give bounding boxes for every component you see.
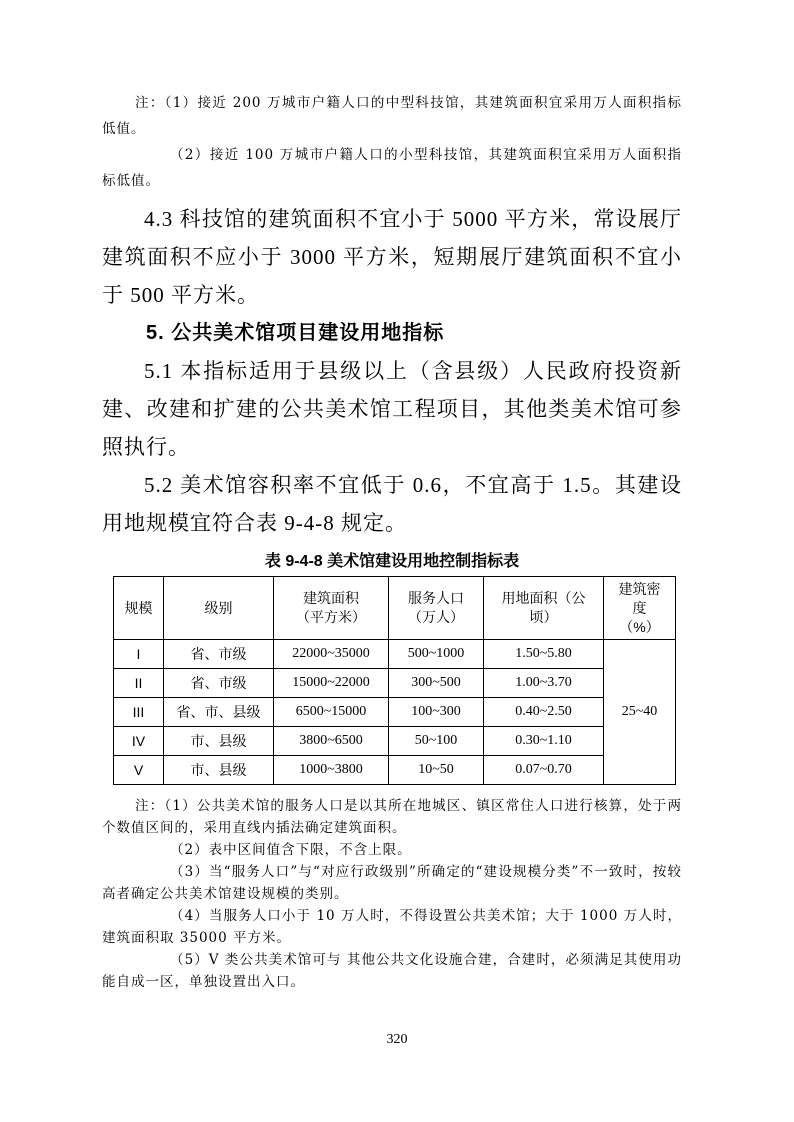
- top-note-1: 注：（1）接近 200 万城市户籍人口的中型科技馆，其建筑面积宜采用万人面积指标…: [102, 90, 682, 142]
- table-note-1: 注：（1）公共美术馆的服务人口是以其所在地城区、镇区常住人口进行核算，处于两个数…: [102, 795, 682, 839]
- table-header-row: 规模 级别 建筑面积 （平方米） 服务人口 （万人） 用地面积（公 顷） 建筑密…: [114, 577, 676, 640]
- cell-population: 500~1000: [389, 640, 484, 669]
- top-note-2: （2）接近 100 万城市户籍人口的小型科技馆，其建筑面积宜采用万人面积指标低值…: [102, 142, 682, 194]
- cell-level: 省、市、县级: [164, 698, 274, 727]
- table-title: 表 9-4-8 美术馆建设用地控制指标表: [102, 550, 682, 574]
- cell-building-area: 15000~22000: [274, 669, 389, 698]
- table-row: I 省、市级 22000~35000 500~1000 1.50~5.80 25…: [114, 640, 676, 669]
- header-cell-population: 服务人口 （万人）: [389, 577, 484, 640]
- page-number: 320: [0, 1032, 794, 1048]
- cell-scale: II: [114, 669, 164, 698]
- table-note-3: （3）当“服务人口”与“对应行政级别”所确定的“建设规模分类”不一致时，按较高者…: [102, 861, 682, 905]
- cell-population: 100~300: [389, 698, 484, 727]
- cell-population: 300~500: [389, 669, 484, 698]
- cell-level: 省、市级: [164, 669, 274, 698]
- paragraph-4-3: 4.3 科技馆的建筑面积不宜小于 5000 平方米，常设展厅建筑面积不应小于 3…: [102, 200, 682, 314]
- top-notes-block: 注：（1）接近 200 万城市户籍人口的中型科技馆，其建筑面积宜采用万人面积指标…: [102, 90, 682, 194]
- cell-population: 10~50: [389, 756, 484, 785]
- paragraph-5-2: 5.2 美术馆容积率不宜低于 0.6，不宜高于 1.5。其建设用地规模宜符合表 …: [102, 466, 682, 542]
- table-note-4: （4）当服务人口小于 10 万人时，不得设置公共美术馆；大于 1000 万人时，…: [102, 905, 682, 949]
- cell-level: 省、市级: [164, 640, 274, 669]
- cell-scale: III: [114, 698, 164, 727]
- header-cell-level: 级别: [164, 577, 274, 640]
- cell-land-area: 1.00~3.70: [484, 669, 604, 698]
- table-row: III 省、市、县级 6500~15000 100~300 0.40~2.50: [114, 698, 676, 727]
- cell-scale: V: [114, 756, 164, 785]
- table-note-5: （5）V 类公共美术馆可与 其他公共文化设施合建，合建时，必须满足其使用功能自成…: [102, 949, 682, 993]
- cell-density-merged: 25~40: [604, 640, 676, 785]
- cell-land-area: 0.30~1.10: [484, 727, 604, 756]
- section-5-heading: 5. 公共美术馆项目建设用地指标: [102, 314, 682, 352]
- document-page: 注：（1）接近 200 万城市户籍人口的中型科技馆，其建筑面积宜采用万人面积指标…: [0, 0, 794, 1122]
- cell-land-area: 0.07~0.70: [484, 756, 604, 785]
- header-cell-scale: 规模: [114, 577, 164, 640]
- header-cell-density: 建筑密 度 （%）: [604, 577, 676, 640]
- cell-building-area: 1000~3800: [274, 756, 389, 785]
- table-row: II 省、市级 15000~22000 300~500 1.00~3.70: [114, 669, 676, 698]
- header-cell-building-area: 建筑面积 （平方米）: [274, 577, 389, 640]
- cell-building-area: 3800~6500: [274, 727, 389, 756]
- cell-building-area: 22000~35000: [274, 640, 389, 669]
- header-cell-land-area: 用地面积（公 顷）: [484, 577, 604, 640]
- cell-building-area: 6500~15000: [274, 698, 389, 727]
- table-notes-block: 注：（1）公共美术馆的服务人口是以其所在地城区、镇区常住人口进行核算，处于两个数…: [102, 795, 682, 993]
- paragraph-5-1: 5.1 本指标适用于县级以上（含县级）人民政府投资新建、改建和扩建的公共美术馆工…: [102, 352, 682, 466]
- cell-scale: IV: [114, 727, 164, 756]
- table-row: V 市、县级 1000~3800 10~50 0.07~0.70: [114, 756, 676, 785]
- cell-level: 市、县级: [164, 727, 274, 756]
- art-museum-land-indicator-table: 规模 级别 建筑面积 （平方米） 服务人口 （万人） 用地面积（公 顷） 建筑密…: [113, 576, 676, 785]
- cell-scale: I: [114, 640, 164, 669]
- table-note-2: （2）表中区间值含下限，不含上限。: [102, 839, 682, 861]
- cell-land-area: 1.50~5.80: [484, 640, 604, 669]
- cell-land-area: 0.40~2.50: [484, 698, 604, 727]
- cell-level: 市、县级: [164, 756, 274, 785]
- cell-population: 50~100: [389, 727, 484, 756]
- table-row: IV 市、县级 3800~6500 50~100 0.30~1.10: [114, 727, 676, 756]
